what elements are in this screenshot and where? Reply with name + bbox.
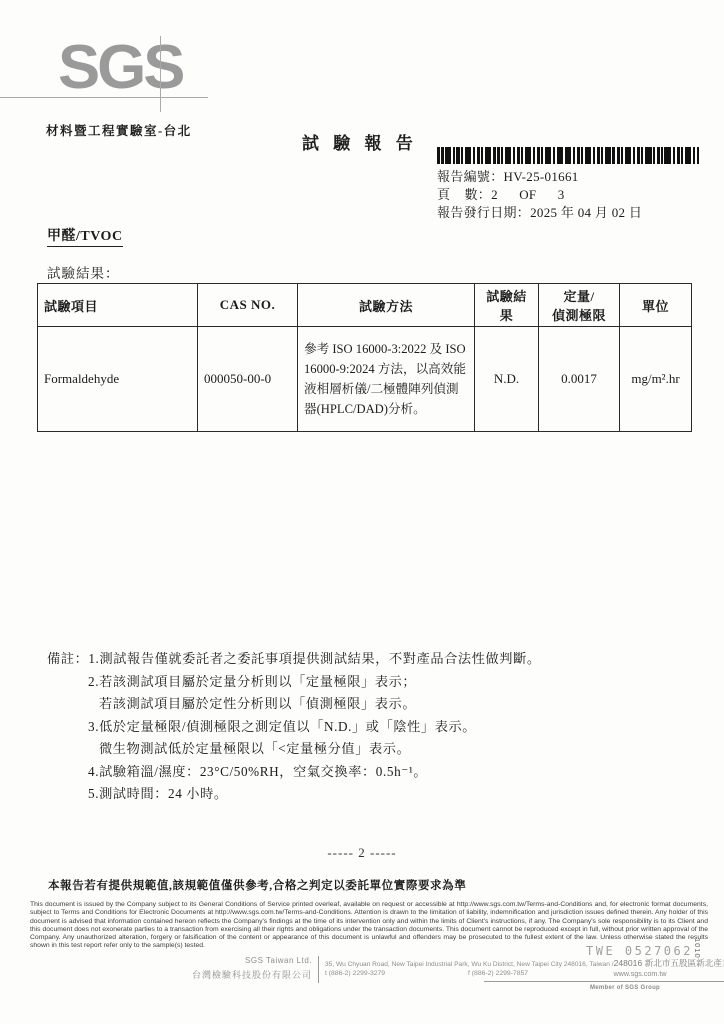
test-report-page: SGS 材料暨工程實驗室-台北 試 驗 報 告 報告編號：HV-25-01661… [0,0,724,1024]
col-header-limit: 定量/ 偵測極限 [539,284,620,327]
page-count: 頁 數：2 OF 3 [437,184,565,203]
cell-unit: mg/m².hr [620,327,692,432]
notes-block: 備註：1.測試報告僅就委託者之委託事項提供測試結果，不對產品合法性做判斷。 2.… [47,648,541,806]
address-en: 35, Wu Chyuan Road, New Taipei Industria… [325,961,614,968]
sgs-logo: SGS [58,36,182,100]
company-address: 35, Wu Chyuan Road, New Taipei Industria… [325,957,717,969]
table-header-row: 試驗項目 CAS NO. 試驗方法 試驗結果 定量/ 偵測極限 單位 [38,284,692,327]
address-zh: 248016 新北市五股區新北產業園區五權路35號 [614,958,724,968]
note-line: 若該測試項目屬於定性分析則以「偵測極限」表示。 [47,693,541,716]
report-number: 報告編號：HV-25-01661 [437,166,579,185]
footer-divider [318,956,319,983]
note-line: 備註：1.測試報告僅就委託者之委託事項提供測試結果，不對產品合法性做判斷。 [47,648,541,671]
company-name-en: SGS Taiwan Ltd. [100,956,312,965]
col-header-method: 試驗方法 [298,284,475,327]
note-line: 2.若該測試項目屬於定量分析則以「定量極限」表示； [47,671,541,694]
cell-method: 參考 ISO 16000-3:2022 及 ISO 16000-9:2024 方… [298,327,475,432]
note-line: 5.測試時間：24 小時。 [47,783,541,806]
website-url: www.sgs.com.tw [560,969,720,978]
control-stamp-number: TWE 0527062 [586,944,693,958]
report-title: 試 驗 報 告 [302,129,418,154]
issue-date: 報告發行日期：2025 年 04 月 02 日 [437,202,642,221]
chinese-disclaimer: 本報告若有提供規範值,該規範值僅供參考,合格之判定以委託單位實際要求為準 [48,877,466,893]
logo-crop-mark-horizontal [0,97,208,98]
side-code: 1010 [693,938,702,959]
note-line: 3.低於定量極限/偵測極限之測定值以「N.D.」或「陰性」表示。 [47,716,541,739]
col-header-test-item: 試驗項目 [38,284,198,327]
cell-test-item: Formaldehyde [38,327,198,432]
cell-cas-no: 000050-00-0 [198,327,298,432]
results-label: 試驗結果： [47,262,120,282]
footer-rule [484,981,724,982]
lab-name: 材料暨工程實驗室-台北 [46,121,192,139]
cell-result: N.D. [475,327,539,432]
note-line: 微生物測試低於定量極限以「<定量極分值」表示。 [47,738,541,761]
barcode [437,147,699,164]
col-header-unit: 單位 [620,284,692,327]
fax: f (886-2) 2299-7857 [468,970,528,977]
page-number-marker: ----- 2 ----- [0,845,724,861]
telephone: t (886-2) 2299-3279 [325,970,385,977]
company-name-zh: 台灣檢驗科技股份有限公司 [100,968,312,981]
table-row: Formaldehyde 000050-00-0 參考 ISO 16000-3:… [38,327,692,432]
cell-limit: 0.0017 [539,327,620,432]
member-of-sgs-group: Member of SGS Group [540,985,710,991]
section-heading: 甲醛/TVOC [47,225,123,247]
logo-crop-mark-vertical [160,36,161,112]
results-table: 試驗項目 CAS NO. 試驗方法 試驗結果 定量/ 偵測極限 單位 Forma… [37,283,692,432]
col-header-cas-no: CAS NO. [198,284,298,327]
col-header-result: 試驗結果 [475,284,539,327]
note-line: 4.試驗箱溫/濕度：23°C/50%RH，空氣交換率：0.5h⁻¹。 [47,761,541,784]
